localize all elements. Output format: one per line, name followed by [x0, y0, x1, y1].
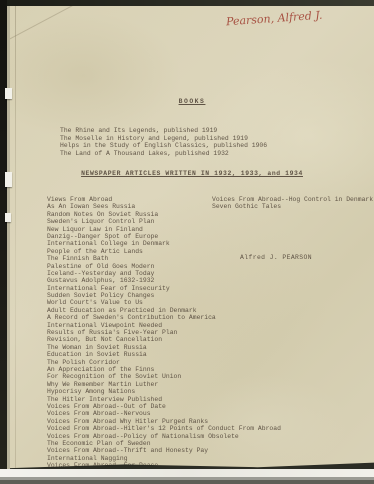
list-item: Education in Soviet Russia	[47, 351, 281, 358]
books-heading-label: BOOKS	[179, 98, 206, 105]
scan-border-top	[0, 0, 374, 6]
list-item: International College in Denmark	[47, 240, 281, 247]
list-item: Voices From Abroad--Out of Date	[47, 403, 281, 410]
list-item: The Economic Plan of Sweden	[47, 440, 281, 447]
articles-right-column: Voices From Abroad--Hog Control in Denma…	[212, 196, 373, 211]
page-edge-sliver	[7, 6, 10, 472]
list-item: Sweden's Liquor Control Plan	[47, 218, 281, 225]
binder-tab	[5, 172, 12, 187]
paper-sheet: Pearson, Alfred J. BOOKS The Rhine and I…	[10, 6, 374, 470]
binder-tab	[5, 88, 12, 99]
articles-section-heading: NEWSPAPER ARTICLES WRITTEN IN 1932, 1933…	[10, 170, 374, 177]
corner-crease	[0, 3, 77, 46]
books-section-heading: BOOKS	[10, 98, 374, 105]
list-item: Palestine of Old Goes Modern	[47, 263, 281, 270]
list-item: For Recognition of the Soviet Union	[47, 373, 281, 380]
list-item: International Viewpoint Needed	[47, 322, 281, 329]
list-item: An Appreciation of the Finns	[47, 366, 281, 373]
list-item: Voices From Abroad--Thrift and Honesty P…	[47, 447, 281, 454]
list-item: World Court's Value to Us	[47, 299, 281, 306]
list-item: Sudden Soviet Policy Changes	[47, 292, 281, 299]
list-item: Adult Education as Practiced in Denmark	[47, 307, 281, 314]
list-item: The Rhine and Its Legends, published 191…	[60, 127, 267, 135]
list-item: The Polish Corridor	[47, 359, 281, 366]
list-item: The Land of A Thousand Lakes, published …	[60, 150, 267, 158]
books-list: The Rhine and Its Legends, published 191…	[60, 127, 267, 157]
list-item: The Hitler Interview Published	[47, 396, 281, 403]
vertical-crease	[15, 6, 16, 470]
list-item: Iceland--Yesterday and Today	[47, 270, 281, 277]
list-item: Voices From Abroad--Nervous	[47, 410, 281, 417]
articles-left-column: Views From AbroadAs An Iowan Sees Russia…	[47, 196, 281, 479]
list-item: The Woman in Soviet Russia	[47, 344, 281, 351]
handwritten-annotation: Pearson, Alfred J.	[226, 9, 323, 29]
bottom-page-edge	[0, 469, 374, 477]
scan-border-left	[0, 0, 7, 484]
list-item: Gustavus Adolphus, 1632-1932	[47, 277, 281, 284]
list-item: A Record of Sweden's Contribution to Ame…	[47, 314, 281, 321]
list-item: Random Notes On Soviet Russia	[47, 211, 281, 218]
scanned-page: Pearson, Alfred J. BOOKS The Rhine and I…	[0, 0, 374, 484]
list-item: Results of Russia's Five-Year Plan	[47, 329, 281, 336]
list-item: Voices From Abroad Why Hitler Purged Ran…	[47, 418, 281, 425]
list-item: Voices From Abroad--Hog Control in Denma…	[212, 196, 373, 203]
scan-border-bottom	[0, 480, 374, 484]
list-item: Hypocrisy Among Nations	[47, 388, 281, 395]
list-item: Seven Gothic Tales	[212, 203, 373, 210]
list-item: International Fear of Insecurity	[47, 285, 281, 292]
list-item: New Liquor Law in Finland	[47, 226, 281, 233]
list-item: Why We Remember Martin Luther	[47, 381, 281, 388]
list-item: The Moselle in History and Legend, publi…	[60, 135, 267, 143]
list-item: International Nagging	[47, 455, 281, 462]
articles-heading-label: NEWSPAPER ARTICLES WRITTEN IN 1932, 1933…	[81, 170, 303, 177]
binder-tab	[5, 213, 11, 222]
list-item: Danzig--Danger Spot of Europe	[47, 233, 281, 240]
author-name: Alfred J. PEARSON	[240, 254, 312, 261]
list-item: Revision, But Not Cancellation	[47, 336, 281, 343]
list-item: Voices From Abroad--Policy of Nationalis…	[47, 433, 281, 440]
list-item: Voiced From Abroad--Hitler's 12 Points o…	[47, 425, 281, 432]
list-item: Helps in the Study of English Classics, …	[60, 142, 267, 150]
